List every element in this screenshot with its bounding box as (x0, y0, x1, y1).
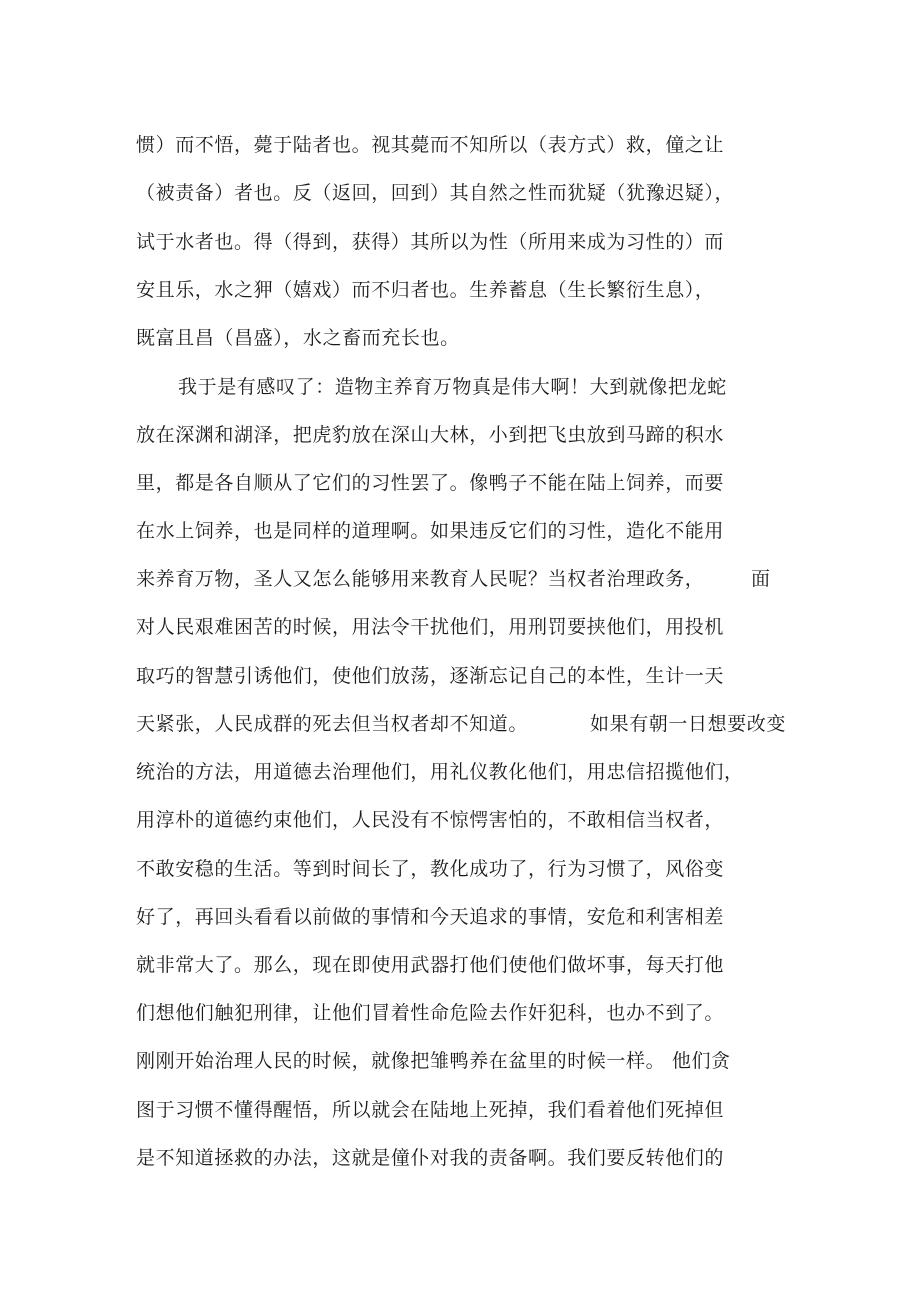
paragraph-start-line: 我于是有感叹了：造物主养育万物真是伟大啊！大到就像把龙蛇 (178, 375, 727, 399)
text-line-16: 不敢安稳的生活。等到时间长了，教化成功了，行为习惯了，风俗变 (136, 857, 724, 881)
text-line-20: 刚刚开始治理人民的时候，就像把雏鸭养在盆里的时候一样。 他们贪 (136, 1049, 731, 1073)
text-line-17: 好了，再回头看看以前做的事情和今天追求的事情，安危和利害相差 (136, 905, 724, 929)
document-page: 惯）而不悟，薨于陆者也。视其薨而不知所以（表方式）救，僮之让 （被责备）者也。反… (0, 0, 920, 1303)
text-line-21: 图于习惯不懂得醒悟，所以就会在陆地上死掉，我们看着他们死掉但 (136, 1098, 724, 1122)
text-line-1: 惯）而不悟，薨于陆者也。视其薨而不知所以（表方式）救，僮之让 (136, 133, 724, 157)
text-line-9: 在水上饲养，也是同样的道理啊。如果违反它们的习性，造化不能用 (136, 519, 724, 543)
text-line-19: 们想他们触犯刑律，让他们冒着性命危险去作奸犯科，也办不到了。 (136, 1001, 724, 1025)
text-line-3: 试于水者也。得（得到，获得）其所以为性（所用来成为习性的）而 (136, 230, 724, 254)
text-line-18: 就非常大了。那么，现在即使用武器打他们使他们做坏事，每天打他 (136, 953, 724, 977)
text-line-15: 用淳朴的道德约束他们，人民没有不惊愕害怕的，不敢相信当权者， (136, 808, 724, 832)
text-line-12: 取巧的智慧引诱他们，使他们放荡，逐渐忘记自己的本性，生计一天 (136, 664, 724, 688)
text-line-5: 既富且昌（昌盛），水之畜而充长也。 (136, 326, 460, 350)
text-line-22: 是不知道拯救的办法，这就是僮仆对我的责备啊。我们要反转他们的 (136, 1146, 724, 1170)
text-line-13: 天紧张，人民成群的死去但当权者却不知道。 (136, 712, 528, 736)
text-line-10: 来养育万物，圣人又怎么能够用来教育人民呢？当权者治理政务， (136, 567, 704, 591)
text-line-14: 统治的方法，用道德去治理他们，用礼仪教化他们，用忠信招揽他们， (136, 760, 744, 784)
text-line-2: （被责备）者也。反（返回，回到）其自然之性而犹疑（犹豫迟疑）， (136, 181, 734, 205)
text-line-10-right-segment: 面 (751, 567, 771, 591)
text-line-4: 安且乐，水之狎（嬉戏）而不归者也。生养蓄息（生长繁衍生息）， (136, 278, 715, 302)
text-line-11: 对人民艰难困苦的时候，用法令干扰他们，用刑罚要挟他们，用投机 (136, 615, 724, 639)
text-line-7: 放在深渊和湖泽，把虎豹放在深山大林，小到把飞虫放到马蹄的积水 (136, 423, 724, 447)
text-line-8: 里，都是各自顺从了它们的习性罢了。像鸭子不能在陆上饲养，而要 (136, 471, 724, 495)
text-line-13-right-segment: 如果有朝一日想要改变 (590, 712, 786, 736)
